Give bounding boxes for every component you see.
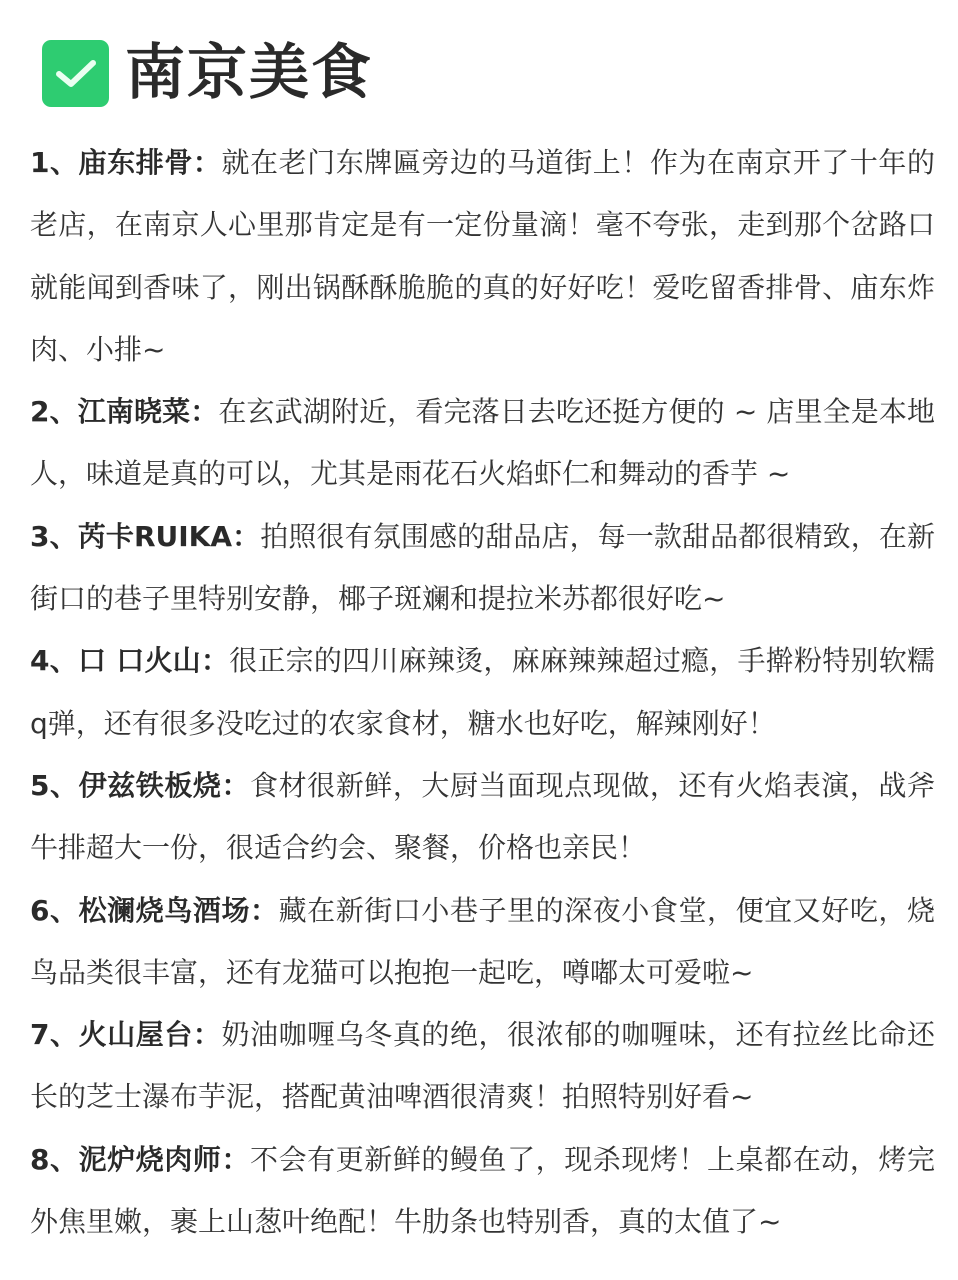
- item-index: 7、: [30, 1018, 79, 1051]
- restaurant-name: 芮卡RUIKA: [78, 520, 232, 553]
- separator: ：: [201, 644, 229, 677]
- item-index: 4、: [30, 644, 78, 677]
- restaurant-name: 庙东排骨: [79, 146, 193, 179]
- list-item: 6、松澜烧鸟酒场：藏在新街口小巷子里的深夜小食堂，便宜又好吃，烧鸟品类很丰富，还…: [30, 880, 935, 1005]
- restaurant-name: 伊兹铁板烧: [79, 769, 222, 802]
- restaurant-name: 松澜烧鸟酒场: [79, 894, 250, 927]
- restaurant-name: 泥炉烧肉师: [79, 1143, 222, 1176]
- list-item: 7、火山屋台：奶油咖喱乌冬真的绝，很浓郁的咖喱味，还有拉丝比命还长的芝士瀑布芋泥…: [30, 1004, 935, 1129]
- separator: ：: [193, 1018, 222, 1051]
- restaurant-list: 1、庙东排骨：就在老门东牌匾旁边的马道街上！作为在南京开了十年的老店，在南京人心…: [30, 132, 935, 1253]
- item-index: 2、: [30, 395, 78, 428]
- list-item: 8、泥炉烧肉师：不会有更新鲜的鳗鱼了，现杀现烤！上桌都在动，烤完外焦里嫩，裹上山…: [30, 1129, 935, 1254]
- list-item: 5、伊兹铁板烧：食材很新鲜，大厨当面现点现做，还有火焰表演，战斧牛排超大一份，很…: [30, 755, 935, 880]
- list-item: 3、芮卡RUIKA：拍照很有氛围感的甜品店，每一款甜品都很精致，在新街口的巷子里…: [30, 506, 935, 631]
- item-index: 5、: [30, 769, 79, 802]
- item-index: 1、: [30, 146, 79, 179]
- separator: ：: [193, 146, 222, 179]
- restaurant-name: 江南晓菜: [78, 395, 191, 428]
- restaurant-name: 口 口火山: [78, 644, 201, 677]
- list-item: 1、庙东排骨：就在老门东牌匾旁边的马道街上！作为在南京开了十年的老店，在南京人心…: [30, 132, 935, 381]
- item-index: 8、: [30, 1143, 79, 1176]
- page-title: 南京美食: [125, 38, 373, 108]
- separator: ：: [250, 894, 279, 927]
- list-item: 2、江南晓菜：在玄武湖附近，看完落日去吃还挺方便的 ~ 店里全是本地人，味道是真…: [30, 381, 935, 506]
- separator: ：: [221, 769, 250, 802]
- item-index: 3、: [30, 520, 78, 553]
- restaurant-name: 火山屋台: [79, 1018, 193, 1051]
- separator: ：: [221, 1143, 250, 1176]
- separator: ：: [190, 395, 218, 428]
- item-index: 6、: [30, 894, 79, 927]
- list-item: 4、口 口火山：很正宗的四川麻辣烫，麻麻辣辣超过瘾，手擀粉特别软糯q弹，还有很多…: [30, 630, 935, 755]
- header: 南京美食: [42, 38, 373, 108]
- separator: ：: [232, 520, 260, 553]
- check-icon: [42, 40, 109, 107]
